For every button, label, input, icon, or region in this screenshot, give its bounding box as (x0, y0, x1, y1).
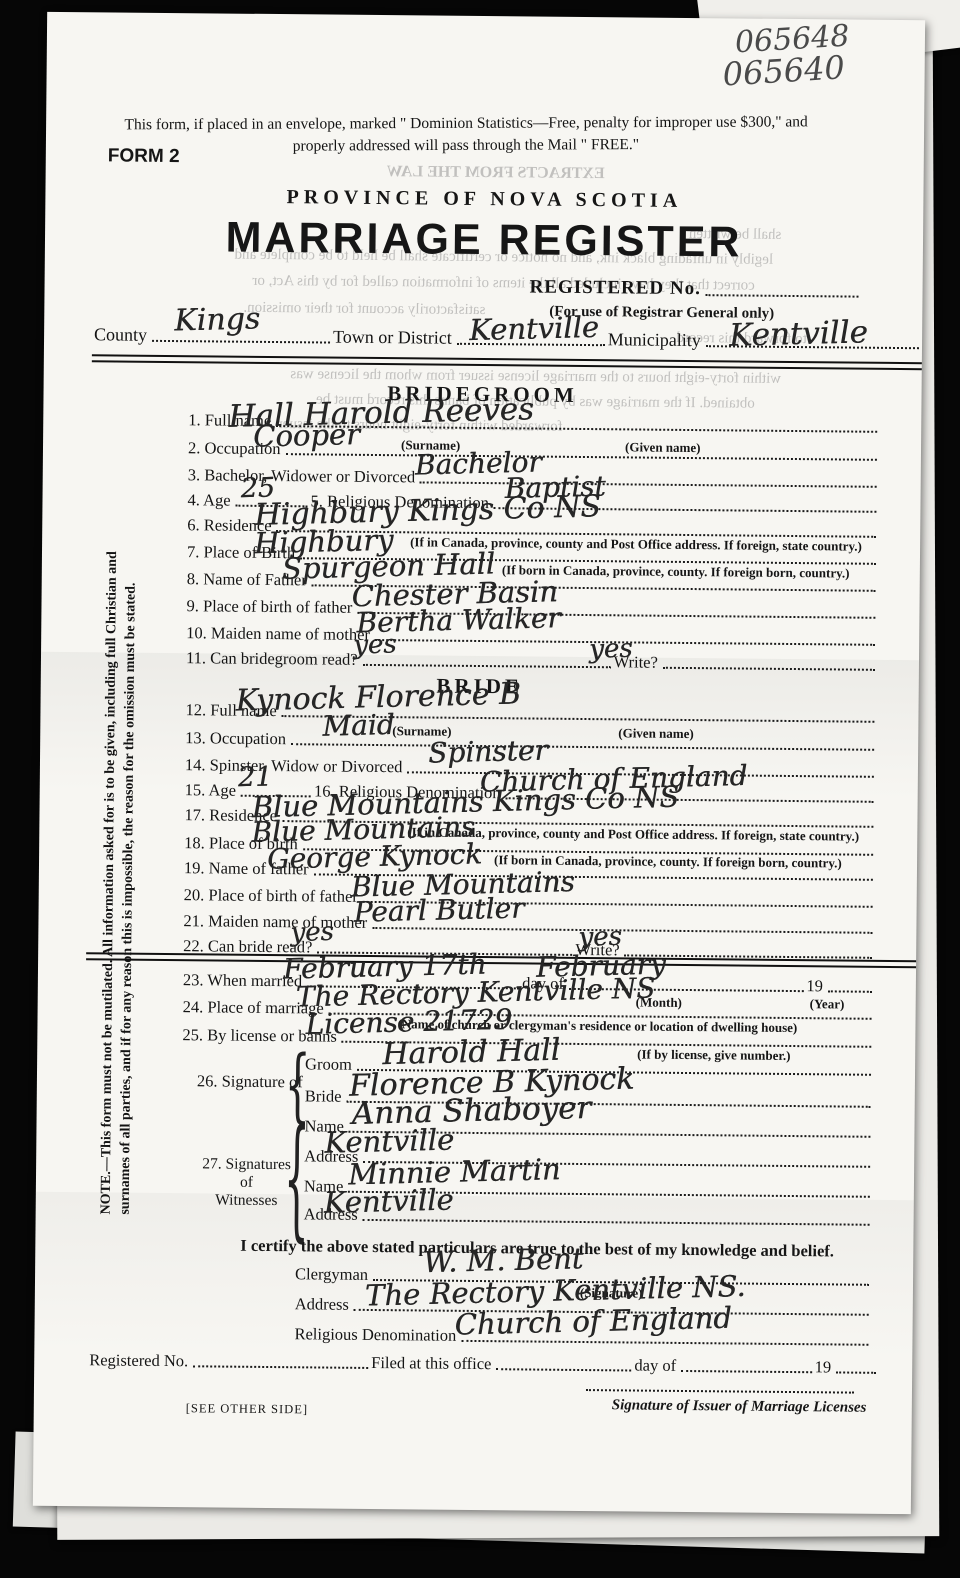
can-write-handwriting: yes (589, 636, 633, 663)
county-value-handwriting: Kings (174, 304, 261, 336)
field-label-bride-mother: 21. Maiden name of mother (183, 911, 367, 933)
town-district-label: Town or District (333, 327, 452, 349)
bride-occupation-handwriting: Maid (322, 711, 395, 741)
envelope-note-line2: properly addressed will pass through the… (106, 135, 826, 156)
bride-signature-label: Bride (305, 1086, 342, 1106)
footer-filed-label: Filed at this office (371, 1353, 491, 1374)
witness1-address-handwriting: Kentville (324, 1126, 454, 1158)
handwritten-file-number: 065640 (722, 51, 846, 90)
field-label-bride-occupation: 13. Occupation (185, 728, 286, 749)
see-other-side-label: [SEE OTHER SIDE] (186, 1401, 308, 1417)
dotted-line (286, 451, 877, 461)
dotted-line (663, 665, 875, 671)
municipality-value-handwriting: Kentville (729, 317, 868, 351)
dotted-line (291, 741, 874, 751)
registered-no-label: REGISTERED No. (529, 276, 701, 300)
field-label-mother: 10. Maiden name of mother (186, 623, 370, 645)
denomination-label: Religious Denomination (294, 1324, 456, 1346)
envelope-note-line1: This form, if placed in an envelope, mar… (106, 113, 826, 134)
dotted-line (152, 338, 330, 344)
dotted-line (496, 1366, 631, 1371)
bride-age-handwriting: 21 (238, 763, 273, 791)
bride-status-handwriting: Spinster (428, 737, 548, 768)
dotted-line (836, 1369, 876, 1373)
field-label-age: 4. Age (187, 490, 230, 510)
form-number: FORM 2 (108, 145, 180, 168)
footer-day-of-label: day of (634, 1356, 676, 1376)
municipality-label: Municipality (608, 329, 701, 351)
groom-signature-label: Groom (305, 1054, 352, 1074)
dotted-line (681, 1368, 812, 1373)
clergyman-address-label: Address (295, 1294, 349, 1315)
can-read-handwriting: yes (353, 631, 397, 658)
clergyman-denomination-handwriting: Church of England (454, 1304, 732, 1340)
county-label: County (94, 324, 147, 346)
dotted-line (363, 662, 611, 668)
margin-note: NOTE.—This form must not be mutilated. A… (98, 554, 142, 1214)
field-label-status: 3. Bachelor, Widower or Divorced (188, 465, 416, 487)
bride-can-read-handwriting: yes (290, 919, 334, 946)
occupation-handwriting: Cooper (253, 420, 360, 452)
bride-mother-handwriting: Pearl Butler (353, 894, 525, 926)
bride-can-write-handwriting: yes (578, 924, 622, 951)
dotted-line (363, 1217, 870, 1226)
field-label-bride-age: 15. Age (185, 780, 237, 800)
field-label-father-birthplace: 9. Place of birth of father (186, 596, 352, 618)
issuer-signature-label: Signature of Issuer of Marriage Licenses (612, 1397, 867, 1416)
field-label-can-read: 11. Can bridegroom read? (186, 648, 358, 670)
field-label-bride-status: 14. Spinster, Widow or Divorced (185, 755, 403, 777)
footer-registered-label: Registered No. (89, 1350, 188, 1371)
page-title: MARRIAGE REGISTER (45, 212, 923, 269)
town-value-handwriting: Kentville (469, 313, 599, 345)
dotted-line (420, 479, 877, 487)
clergyman-label: Clergyman (295, 1264, 368, 1285)
marriage-register-page: EXTRACTS FROM THE LAW shall be written l… (33, 12, 925, 1514)
province-heading: PROVINCE OF NOVA SCOTIA (45, 184, 923, 215)
witness2-address-handwriting: Kentville (323, 1186, 453, 1218)
dotted-line (828, 988, 872, 992)
scanned-document: EXTRACTS FROM THE LAW shall be written l… (0, 0, 960, 1578)
field-label-bride-father-birthplace: 20. Place of birth of father (184, 885, 358, 907)
dotted-line (706, 292, 859, 297)
dotted-line (193, 1363, 368, 1369)
issuer-signature-line (586, 1387, 854, 1394)
footer-year-prefix: 19 (815, 1357, 832, 1377)
clergyman-signature-handwriting: W. M. Bent (423, 1244, 584, 1277)
bleedthrough-text: EXTRACTS FROM THE LAW (326, 163, 666, 184)
year-prefix: 19 (806, 976, 823, 996)
